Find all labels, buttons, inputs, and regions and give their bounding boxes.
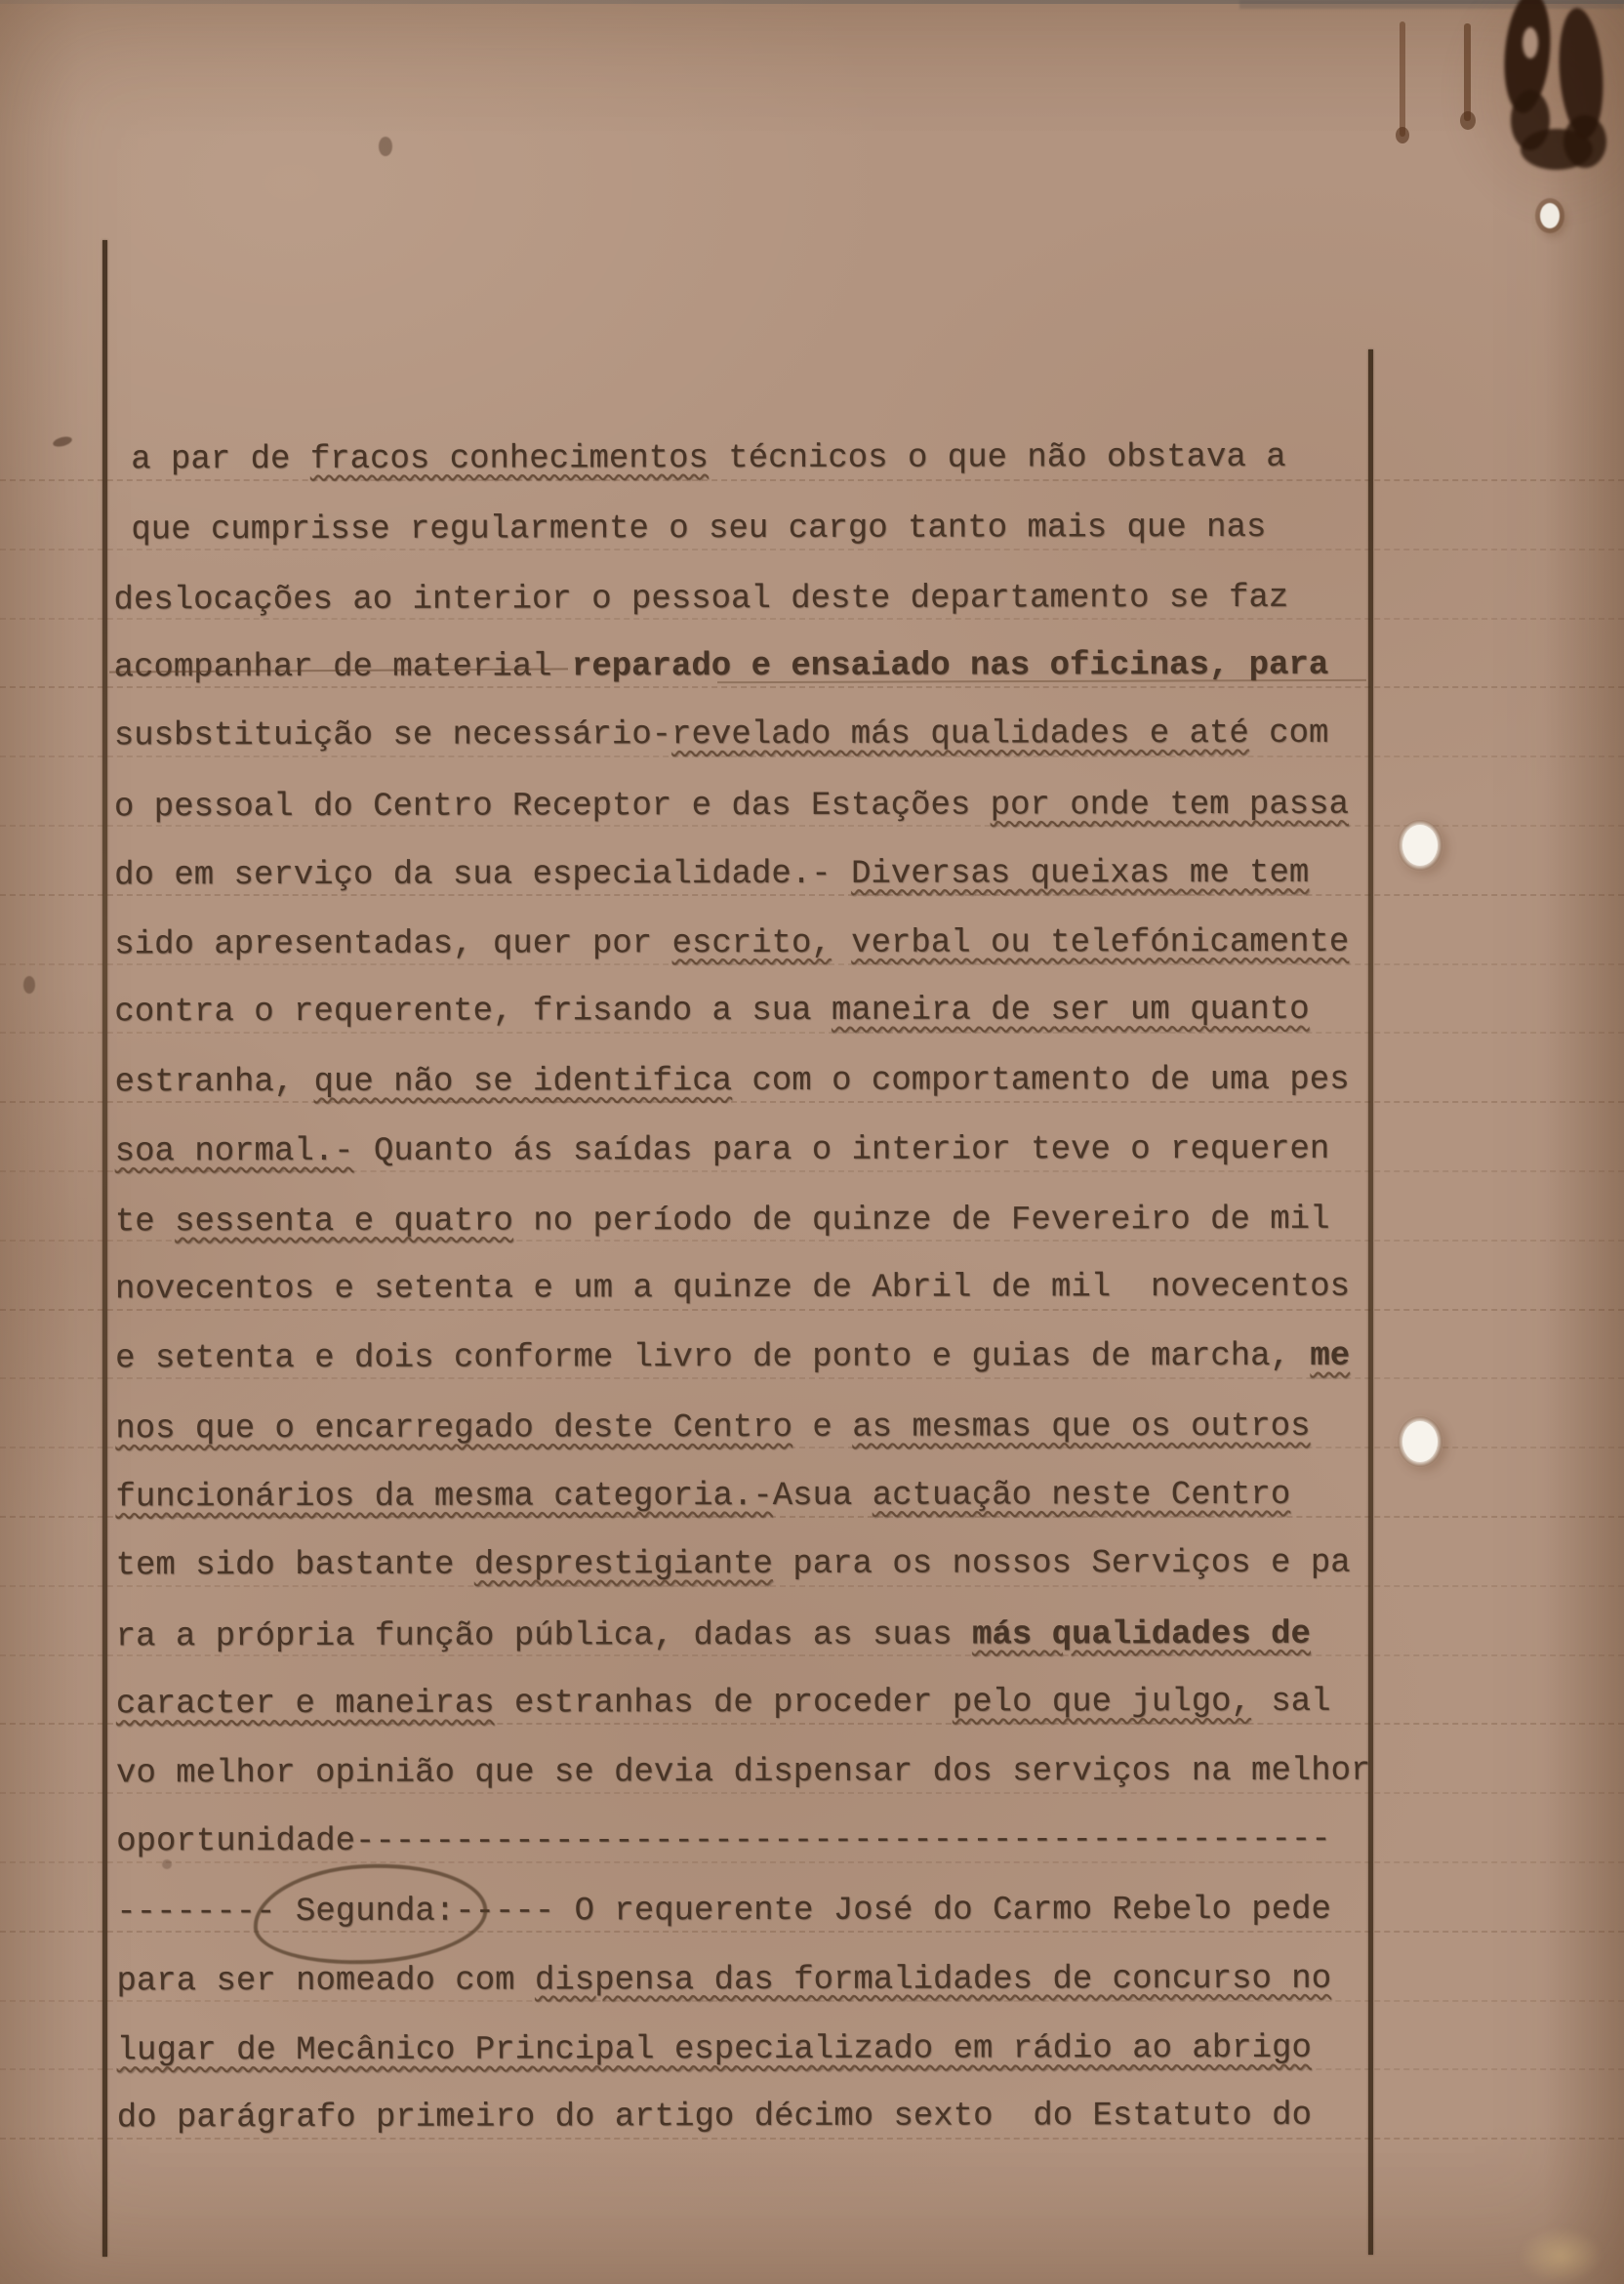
- smudge: [162, 1859, 172, 1869]
- text-segment: Quanto ás saídas para o interior teve o …: [354, 1131, 1330, 1170]
- text-segment: ----------------------------------------…: [355, 1821, 1331, 1860]
- text-line: funcionários da mesma categoria.-Asua ac…: [115, 1461, 1413, 1533]
- text-segment: te: [115, 1203, 175, 1241]
- text-segment: sido apresentadas, quer por: [114, 925, 671, 963]
- text-segment: do em serviço da sua especialidade.-: [114, 856, 851, 895]
- text-line: -------- Segunda:----- O requerente José…: [116, 1875, 1414, 1947]
- text-line: oportunidade----------------------------…: [116, 1806, 1414, 1878]
- punch-hole-bottom: [1402, 1421, 1438, 1462]
- text-line: estranha, que não se identifica com o co…: [114, 1046, 1412, 1119]
- text-line: a par de fracos conhecimentos técnicos o…: [113, 424, 1411, 496]
- text-line: vo melhor opinião que se devia dispensar…: [116, 1737, 1414, 1810]
- smudge: [52, 435, 73, 449]
- text-segment: fracos conhecimentos: [310, 440, 709, 478]
- ink-drip: [1464, 23, 1471, 121]
- text-segment: para os nossos Serviços e pa: [773, 1544, 1351, 1582]
- text-segment: pelo que julgo,: [953, 1684, 1251, 1722]
- text-segment: para ser nomeado com: [116, 1962, 535, 2000]
- typewritten-text: a par de fracos conhecimentos técnicos o…: [113, 425, 1415, 2155]
- text-segment: sal: [1251, 1684, 1331, 1721]
- text-line: do parágrafo primeiro do artigo décimo s…: [117, 2082, 1415, 2154]
- text-segment: novecentos e setenta e um a quinze de Ab…: [115, 1268, 1350, 1308]
- text-segment: ra a própria função pública, dadas as su…: [116, 1616, 972, 1655]
- smudge: [379, 137, 392, 156]
- text-segment: que não se identifica: [314, 1063, 733, 1101]
- text-segment: funcionários da mesma categoria.-: [115, 1478, 772, 1516]
- text-segment: contra o requerente, frisando a sua: [114, 993, 832, 1032]
- text-segment: ----- O requerente José do Carmo Rebelo …: [455, 1892, 1331, 1931]
- ink-stain: [1386, 0, 1624, 234]
- text-segment: escrito,: [672, 924, 832, 961]
- text-line: novecentos e setenta e um a quinze de Ab…: [115, 1252, 1413, 1325]
- text-segment: vo melhor opinião que se devia dispensar…: [116, 1753, 1370, 1793]
- text-segment: o pessoal do Centro Receptor e das Estaç…: [114, 787, 991, 826]
- ink-drip-dot: [1396, 127, 1409, 143]
- paper-flaw-spot: [1540, 203, 1560, 228]
- text-segment: caracter e maneiras: [116, 1686, 495, 1724]
- text-segment: deslocações ao interior o pessoal deste …: [113, 579, 1288, 619]
- text-segment: tem sido bastante: [116, 1546, 474, 1584]
- text-line: contra o requerente, frisando a sua mane…: [114, 976, 1412, 1048]
- text-line: deslocações ao interior o pessoal deste …: [113, 563, 1411, 635]
- text-segment: verbal ou telefónicamente: [851, 923, 1349, 961]
- text-segment: desprestigiante: [474, 1546, 773, 1584]
- text-segment: lugar de Mecânico Principal especializad…: [117, 2030, 1312, 2070]
- text-segment: susbstituição se necessário-: [114, 716, 671, 755]
- text-line: lugar de Mecânico Principal especializad…: [117, 2015, 1415, 2087]
- text-segment: actuação neste Centro: [873, 1477, 1291, 1515]
- text-line: do em serviço da sua especialidade.- Div…: [114, 838, 1412, 911]
- text-segment: maneira de ser um quanto: [832, 992, 1310, 1030]
- text-segment: Diversas queixas me tem: [851, 855, 1309, 893]
- text-segment: sessenta e quatro: [175, 1203, 513, 1241]
- punch-hole-top: [1402, 825, 1438, 866]
- text-segment: e setenta e dois conforme livro de ponto…: [115, 1338, 1310, 1378]
- text-segment: técnicos o que não obstava a: [709, 439, 1286, 477]
- text-line: tem sido bastante desprestigiante para o…: [116, 1529, 1414, 1601]
- text-segment: dispensa das formalidades de concurso no: [535, 1960, 1331, 1999]
- text-line: te sessenta e quatro no período de quinz…: [115, 1185, 1413, 1257]
- stain-bottom-right: [1519, 2227, 1603, 2284]
- text-line: soa normal.- Quanto ás saídas para o int…: [115, 1116, 1413, 1188]
- text-line: ra a própria função pública, dadas as su…: [116, 1600, 1414, 1672]
- text-segment: no período de quinze de Fevereiro de mil: [513, 1202, 1330, 1241]
- text-segment: a par de: [131, 441, 310, 478]
- circled-text: -- Segunda:: [236, 1893, 456, 1930]
- text-line: acompanhar de material reparado e ensaia…: [114, 632, 1412, 704]
- text-segment: soa normal.-: [115, 1133, 354, 1171]
- text-segment: por onde tem passa: [991, 787, 1349, 825]
- text-line: o pessoal do Centro Receptor e das Estaç…: [114, 771, 1412, 843]
- margin-rule-left: [102, 240, 107, 2257]
- text-line: que cumprisse regularmente o seu cargo t…: [113, 493, 1411, 565]
- text-segment: Asua: [773, 1478, 873, 1515]
- ink-drip-dot: [1460, 111, 1476, 130]
- document-page: a par de fracos conhecimentos técnicos o…: [0, 0, 1624, 2284]
- text-segment: as mesmas que os outros: [852, 1408, 1310, 1447]
- text-segment: más qualidades de: [972, 1615, 1311, 1653]
- text-segment: nos que o encarregado deste Centro: [115, 1409, 792, 1448]
- text-segment: do parágrafo primeiro do artigo décimo s…: [117, 2098, 1312, 2138]
- text-line: susbstituição se necessário-revelado más…: [114, 700, 1412, 772]
- text-segment: oportunidade: [116, 1823, 355, 1861]
- text-line: caracter e maneiras estranhas de procede…: [116, 1668, 1414, 1740]
- text-segment: que cumprisse regularmente o seu cargo t…: [131, 510, 1266, 549]
- text-segment: [832, 924, 851, 961]
- text-segment: com: [1249, 715, 1329, 753]
- text-segment: estranhas de proceder: [495, 1685, 953, 1723]
- ink-drip: [1400, 21, 1405, 137]
- text-segment: revelado más qualidades e até: [671, 715, 1249, 754]
- text-segment: ------: [116, 1894, 236, 1931]
- text-segment: e: [792, 1409, 852, 1447]
- smudge: [23, 976, 35, 994]
- text-line: sido apresentadas, quer por escrito, ver…: [114, 908, 1412, 980]
- text-segment: me: [1310, 1338, 1350, 1375]
- text-segment: com o comportamento de uma pes: [732, 1062, 1350, 1100]
- text-line: nos que o encarregado deste Centro e as …: [115, 1393, 1413, 1465]
- text-line: e setenta e dois conforme livro de ponto…: [115, 1323, 1413, 1395]
- text-segment: estranha,: [115, 1064, 314, 1101]
